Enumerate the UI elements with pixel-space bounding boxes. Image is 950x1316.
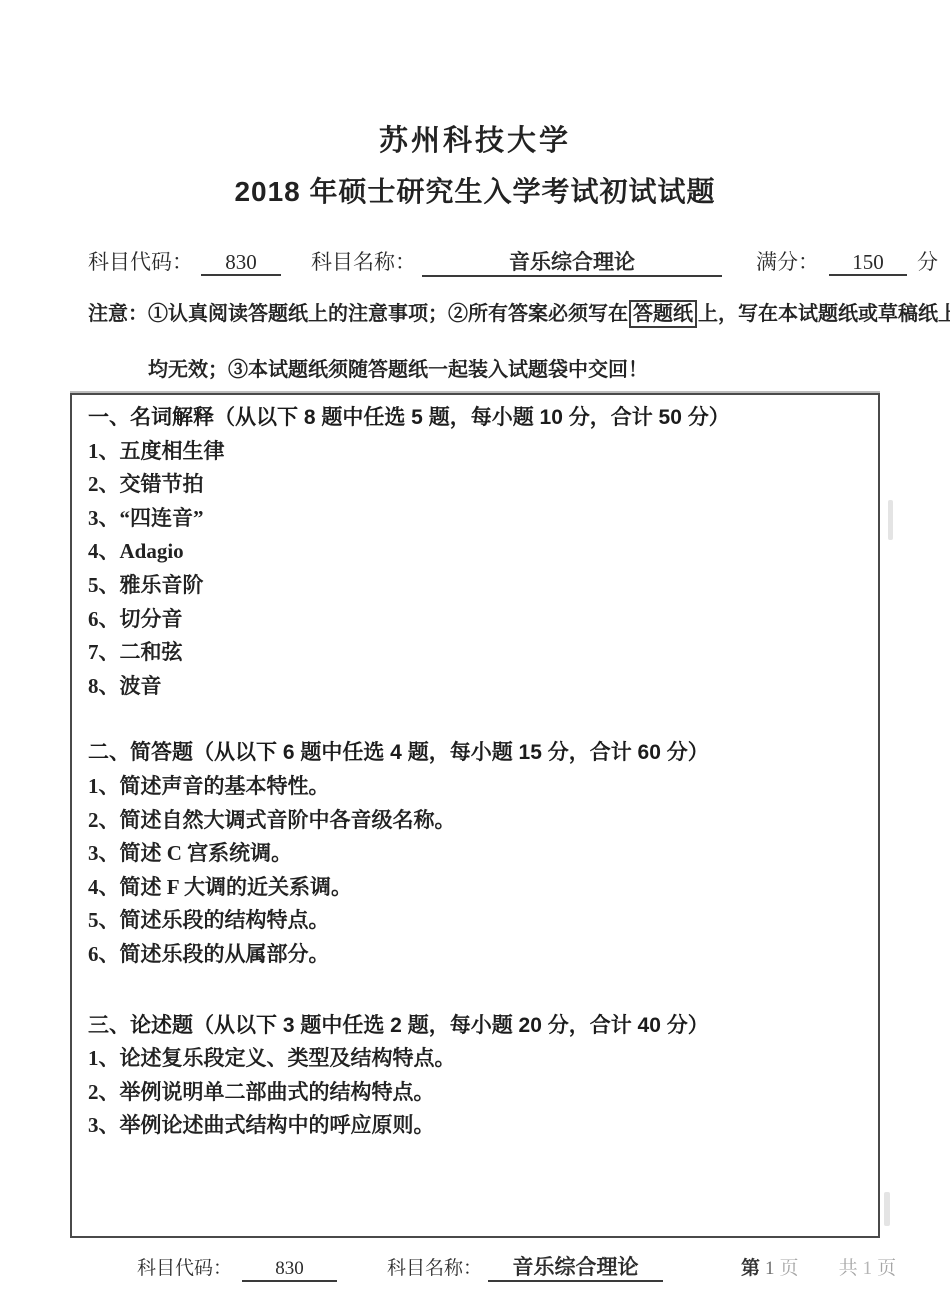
total-label-prefix: 共 [839, 1258, 858, 1279]
question-item: 4、Adagio [88, 535, 868, 569]
notice-line-1: 注意：①认真阅读答题纸上的注意事项；②所有答案必须写在答题纸上，写在本试题纸或草… [88, 300, 888, 328]
answer-sheet-boxed-text: 答题纸 [629, 300, 697, 328]
total-pages: 1 [858, 1258, 878, 1279]
exam-title: 2018 年硕士研究生入学考试初试试题 [0, 170, 950, 210]
exam-notice: 注意：①认真阅读答题纸上的注意事项；②所有答案必须写在答题纸上，写在本试题纸或草… [88, 300, 888, 384]
exam-paper-page: 苏州科技大学 2018 年硕士研究生入学考试初试试题 科目代码：830科目名称：… [0, 0, 950, 1316]
question-item: 2、简述自然大调式音阶中各音级名称。 [88, 804, 868, 838]
section-heading: 三、论述题（从以下 3 题中任选 2 题，每小题 20 分，合计 40 分） [88, 1009, 868, 1043]
footer-subject-name-label: 科目名称： [387, 1258, 482, 1279]
page-label-suffix: 页 [780, 1258, 799, 1279]
score-unit: 分 [917, 250, 938, 274]
notice-text-before-box: ①认真阅读答题纸上的注意事项；②所有答案必须写在 [148, 303, 628, 325]
question-item: 6、切分音 [88, 603, 868, 637]
footer-subject-code-label: 科目代码： [137, 1258, 232, 1279]
notice-label: 注意： [88, 303, 148, 325]
question-item: 3、“四连音” [88, 502, 868, 536]
page-label-prefix: 第 [741, 1258, 760, 1279]
page-number: 1 [760, 1258, 780, 1279]
total-label-suffix: 页 [877, 1258, 896, 1279]
full-score-label: 满分： [756, 250, 819, 274]
question-item: 1、五度相生律 [88, 435, 868, 469]
section-short-answer: 二、简答题（从以下 6 题中任选 4 题，每小题 15 分，合计 60 分） 1… [88, 736, 868, 971]
notice-text-after-box: 上，写在本试题纸或草稿纸上 [698, 303, 950, 325]
footer-subject-code-value: 830 [242, 1258, 337, 1282]
question-item: 7、二和弦 [88, 636, 868, 670]
section-terms: 一、名词解释（从以下 8 题中任选 5 题，每小题 10 分，合计 50 分） … [88, 401, 868, 703]
notice-line-2: 均无效；③本试题纸须随答题纸一起装入试题袋中交回！ [88, 357, 888, 384]
question-item: 3、举例论述曲式结构中的呼应原则。 [88, 1109, 868, 1143]
question-item: 1、简述声音的基本特性。 [88, 770, 868, 804]
question-item: 5、简述乐段的结构特点。 [88, 904, 868, 938]
page-footer: 科目代码：830科目名称：音乐综合理论第1页共1页 [137, 1253, 907, 1282]
question-item: 3、简述 C 宫系统调。 [88, 837, 868, 871]
subject-name-label: 科目名称： [311, 250, 416, 274]
section-heading: 二、简答题（从以下 6 题中任选 4 题，每小题 15 分，合计 60 分） [88, 736, 868, 770]
subject-code-label: 科目代码： [88, 250, 193, 274]
full-score-value: 150 [829, 250, 907, 276]
subject-meta-line: 科目代码：830科目名称：音乐综合理论满分：150分 [88, 246, 888, 277]
university-title: 苏州科技大学 [0, 118, 950, 159]
question-item: 8、波音 [88, 670, 868, 704]
footer-subject-name-value: 音乐综合理论 [488, 1256, 663, 1282]
question-item: 6、简述乐段的从属部分。 [88, 938, 868, 972]
question-item: 5、雅乐音阶 [88, 569, 868, 603]
scan-artifact [888, 500, 893, 540]
subject-code-value: 830 [201, 250, 281, 276]
question-item: 4、简述 F 大调的近关系调。 [88, 871, 868, 905]
subject-name-value: 音乐综合理论 [422, 251, 722, 277]
section-essay: 三、论述题（从以下 3 题中任选 2 题，每小题 20 分，合计 40 分） 1… [88, 1009, 868, 1143]
question-item: 1、论述复乐段定义、类型及结构特点。 [88, 1042, 868, 1076]
scan-artifact [884, 1192, 890, 1226]
question-box: 一、名词解释（从以下 8 题中任选 5 题，每小题 10 分，合计 50 分） … [70, 393, 880, 1238]
question-item: 2、交错节拍 [88, 468, 868, 502]
question-item: 2、举例说明单二部曲式的结构特点。 [88, 1076, 868, 1110]
section-heading: 一、名词解释（从以下 8 题中任选 5 题，每小题 10 分，合计 50 分） [88, 401, 868, 435]
